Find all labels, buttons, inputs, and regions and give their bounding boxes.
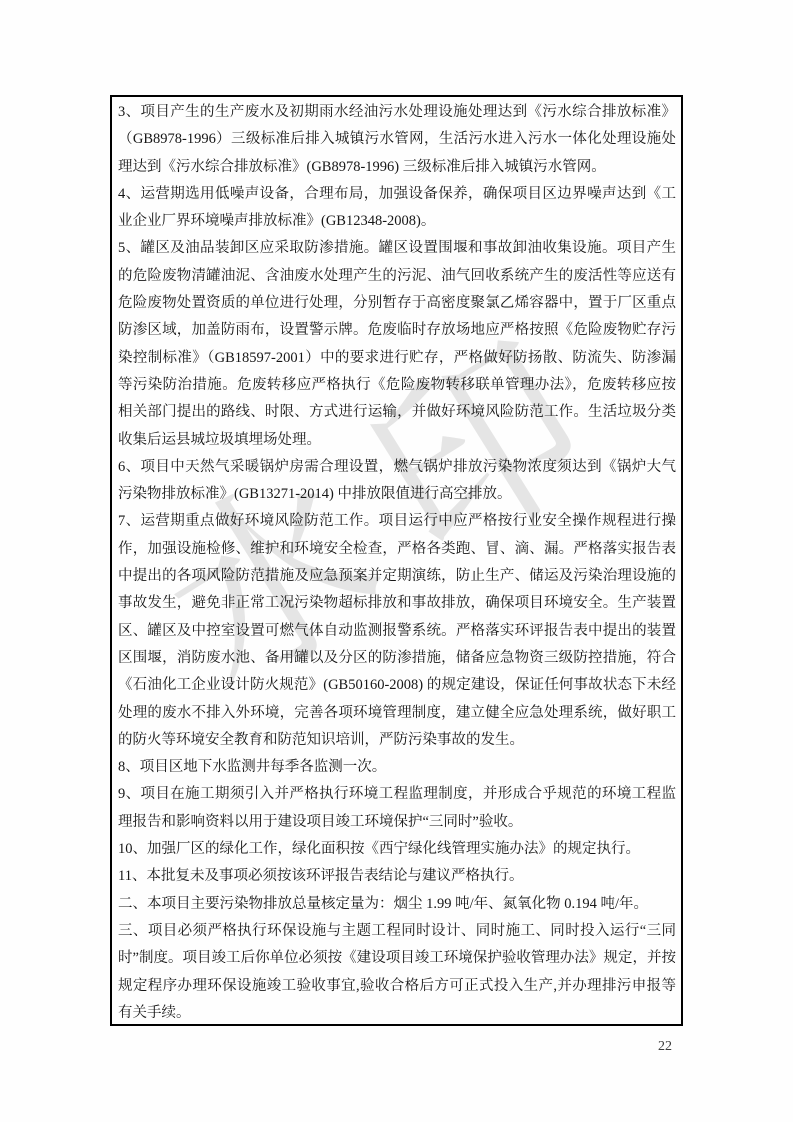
paragraph-item-9: 9、项目在施工期须引入并严格执行环境工程监理制度，并形成合乎规范的环境工程监理报…: [118, 781, 676, 836]
paragraph-section-3: 三、项目必须严格执行环保设施与主题工程同时设计、同时施工、同时投入运行“三同时”…: [118, 918, 676, 1026]
page-number: 22: [645, 1039, 685, 1055]
paragraph-item-4: 4、运营期选用低噪声设备，合理布局，加强设备保养，确保项目区边界噪声达到《工业企…: [118, 181, 676, 236]
paragraph-item-3: 3、项目产生的生产废水及初期雨水经油污水处理设施处理达到《污水综合排放标准》（G…: [118, 99, 676, 181]
paragraph-item-8: 8、项目区地下水监测井每季各监测一次。: [118, 754, 676, 781]
paragraph-item-11: 11、本批复未及事项必须按该环评报告表结论与建议严格执行。: [118, 863, 676, 890]
document-page: 水印 3、项目产生的生产废水及初期雨水经油污水处理设施处理达到《污水综合排放标准…: [0, 0, 793, 1122]
approval-conditions-cell: 3、项目产生的生产废水及初期雨水经油污水处理设施处理达到《污水综合排放标准》（G…: [110, 95, 683, 1026]
paragraph-item-5: 5、罐区及油品装卸区应采取防渗措施。罐区设置围堰和事故卸油收集设施。项目产生的危…: [118, 235, 676, 453]
paragraph-section-2: 二、本项目主要污染物排放总量核定量为：烟尘 1.99 吨/年、氮氧化物 0.19…: [118, 891, 676, 918]
paragraph-item-10: 10、加强厂区的绿化工作，绿化面积按《西宁绿化线管理实施办法》的规定执行。: [118, 836, 676, 863]
paragraph-item-7: 7、运营期重点做好环境风险防范工作。项目运行中应严格按行业安全操作规程进行操作，…: [118, 508, 676, 754]
paragraph-item-6: 6、项目中天然气采暖锅炉房需合理设置，燃气锅炉排放污染物浓度须达到《锅炉大气污染…: [118, 454, 676, 509]
